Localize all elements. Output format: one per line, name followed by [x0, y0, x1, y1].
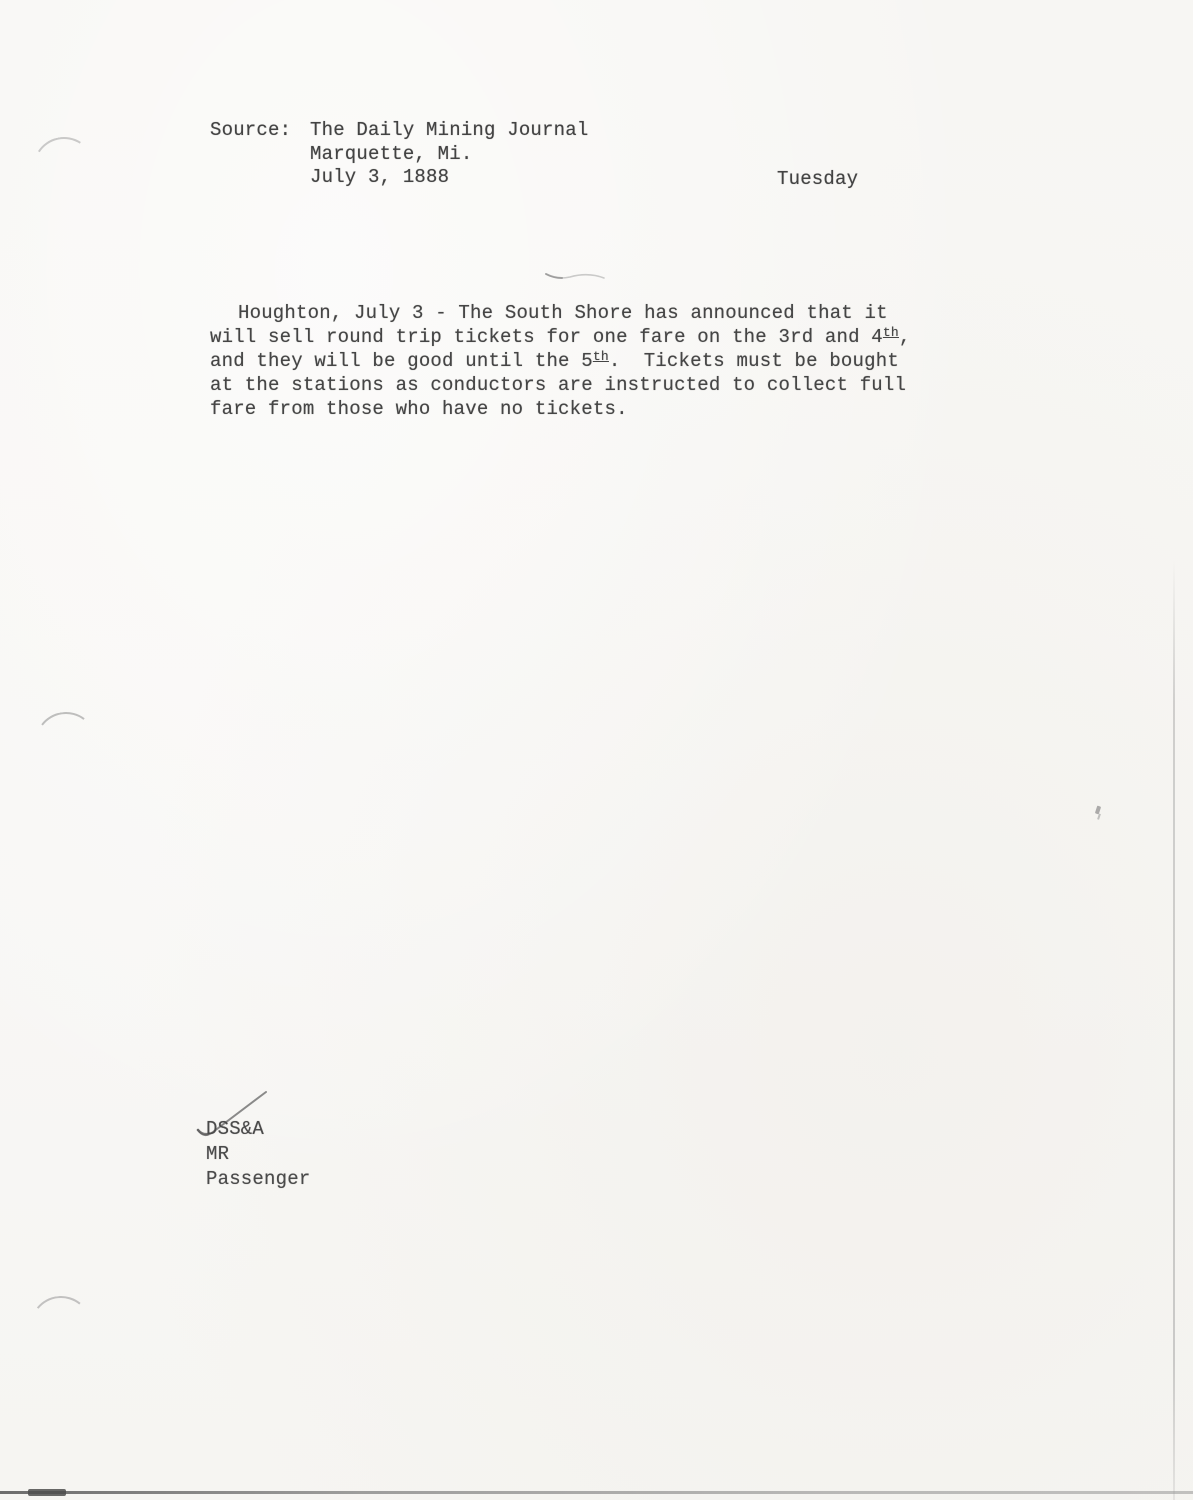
article-line: Houghton, July 3 - The South Shore has a… [210, 301, 911, 325]
tag-railroad: DSS&A [206, 1117, 310, 1142]
scan-right-edge-shadow [1173, 560, 1175, 1500]
superscript-th: th [883, 325, 899, 340]
article-line: will sell round trip tickets for one far… [210, 325, 911, 349]
weekday-label: Tuesday [777, 168, 858, 190]
tag-category: MR [206, 1142, 310, 1167]
punch-hole-shadow-bottom-icon [27, 1293, 95, 1361]
superscript-th: th [593, 349, 609, 364]
index-tags: DSS&A MR Passenger [206, 1117, 310, 1192]
scan-speck-mark [1095, 806, 1101, 815]
punch-hole-shadow-middle-icon [31, 708, 101, 778]
article-text-segment: and they will be good until the 5 [210, 350, 593, 372]
tag-topic: Passenger [206, 1167, 310, 1192]
article-line: fare from those who have no tickets. [210, 397, 911, 421]
source-label: Source: [210, 119, 291, 141]
article-text-segment: . Tickets must be bought [609, 350, 899, 372]
publication-name: The Daily Mining Journal [310, 119, 588, 141]
publication-location: Marquette, Mi. [310, 143, 472, 165]
scan-bottom-edge-line [0, 1491, 1193, 1494]
scanned-document-page: Source: The Daily Mining Journal Marquet… [0, 0, 1193, 1500]
punch-hole-shadow-top-icon [27, 131, 101, 205]
stray-squiggle-mark-icon [538, 250, 618, 290]
article-text-segment: will sell round trip tickets for one far… [210, 326, 883, 348]
article-text: Houghton, July 3 - The South Shore has a… [210, 301, 911, 421]
article-line: at the stations as conductors are instru… [210, 373, 911, 397]
scan-bottom-edge-blob [28, 1489, 66, 1496]
article-text-segment: , [899, 326, 911, 348]
article-line: and they will be good until the 5th. Tic… [210, 349, 911, 373]
publication-date: July 3, 1888 [310, 166, 449, 188]
